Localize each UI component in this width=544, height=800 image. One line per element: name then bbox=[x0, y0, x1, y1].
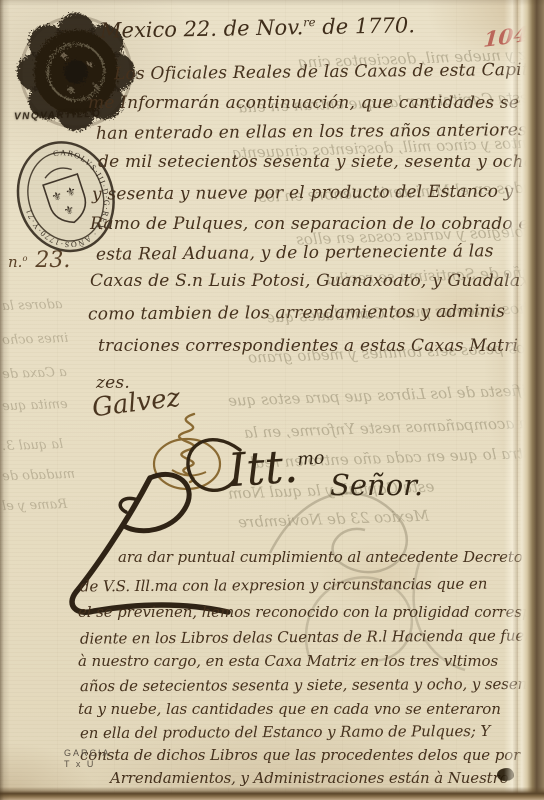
page-edge-bottom bbox=[0, 784, 544, 800]
margin-note-number: 23. bbox=[35, 248, 70, 273]
bleedthrough-text: manifiesta de los Libros que para estos … bbox=[228, 380, 544, 410]
paragraph1-line: me Informarán acontinuación, que cantida… bbox=[88, 93, 519, 113]
collection-stamp-line2: T x U bbox=[64, 759, 111, 770]
bleedthrough-text: adores la bbox=[2, 297, 63, 314]
paragraph2-line: en ella del producto del Estanco y Ramo … bbox=[80, 722, 490, 742]
heading-date-pre: Mexico 22. de Nov. bbox=[100, 15, 304, 43]
paragraph2-line: ta y nuebe, las cantidades que en cada v… bbox=[78, 700, 501, 718]
paragraph2-line: à nuestro cargo, en esta Caxa Matriz en … bbox=[78, 652, 498, 670]
manuscript-page: cientos, diez y nuebe mil, doscientos ci… bbox=[0, 0, 544, 800]
paragraph1-line: Ramo de Pulques, con separacion de lo co… bbox=[90, 214, 540, 234]
paragraph2-line: diente en los Libros delas Cuentas de R.… bbox=[80, 626, 544, 647]
margin-number-note: n.o23. bbox=[8, 248, 70, 273]
paragraph1-line: Caxas de S.n Luis Potosi, Guanaxoato, y … bbox=[90, 271, 544, 291]
bleedthrough-text: la qual 3. bbox=[2, 437, 64, 454]
margin-note-sup: o bbox=[22, 253, 27, 263]
paragraph1-line: Los Oficiales Reales de las Caxas de est… bbox=[114, 60, 544, 85]
paragraph2-line: de V.S. Ill.ma con la expresion y circun… bbox=[80, 575, 487, 596]
paragraph1-line: han enterado en ellas en los tres años a… bbox=[96, 120, 527, 144]
collection-stamp: GARCIAT x U bbox=[64, 748, 111, 770]
salutation-abbrev-text: Itt. bbox=[226, 439, 299, 498]
page-edge-left bbox=[0, 0, 10, 800]
paragraph1-line: y sesenta y nueve por el producto del Es… bbox=[92, 182, 514, 205]
paragraph1-line: esta Real Aduana, y de lo perteneciente … bbox=[96, 241, 494, 264]
paragraph2-line: años de setecientos sesenta y siete, ses… bbox=[80, 675, 532, 695]
paragraph2-line: el se previenen, hemos reconocido con la… bbox=[78, 603, 544, 621]
salutation-sup: mo bbox=[297, 448, 325, 470]
paragraph2-line: consta de dichos Libros que las proceden… bbox=[80, 746, 520, 764]
collection-stamp-line1: GARCIA bbox=[64, 748, 111, 759]
page-fold-highlight bbox=[504, 0, 518, 800]
paragraph2-line: ara dar puntual cumplimiento al antecede… bbox=[118, 548, 523, 566]
bleedthrough-text: emita que bbox=[2, 397, 68, 414]
margin-note-prefix: n. bbox=[8, 253, 22, 271]
paragraph1-line: como tambien de los arrendamientos y adm… bbox=[88, 302, 505, 325]
heading-date: Mexico 22. de Nov.re de 1770. bbox=[100, 13, 415, 42]
salutation-word: Señor. bbox=[330, 468, 423, 502]
salutation-abbrev: Itt.mo bbox=[226, 437, 326, 498]
paragraph1-line: traciones correspondientes a estas Caxas… bbox=[98, 336, 518, 356]
page-edge-top bbox=[0, 0, 544, 6]
bleedthrough-text: imes ocho bbox=[2, 331, 69, 348]
paragraph1-line: de mil setecientos sesenta y siete, sese… bbox=[98, 152, 540, 172]
bleedthrough-text: vnieron acompañamos neste Ynforme, en la bbox=[244, 412, 544, 442]
heading-date-sup: re bbox=[303, 15, 316, 29]
heading-date-post: de 1770. bbox=[315, 13, 415, 39]
bleedthrough-text: a Caxa de bbox=[2, 365, 67, 382]
binding-edge-right bbox=[518, 0, 544, 800]
